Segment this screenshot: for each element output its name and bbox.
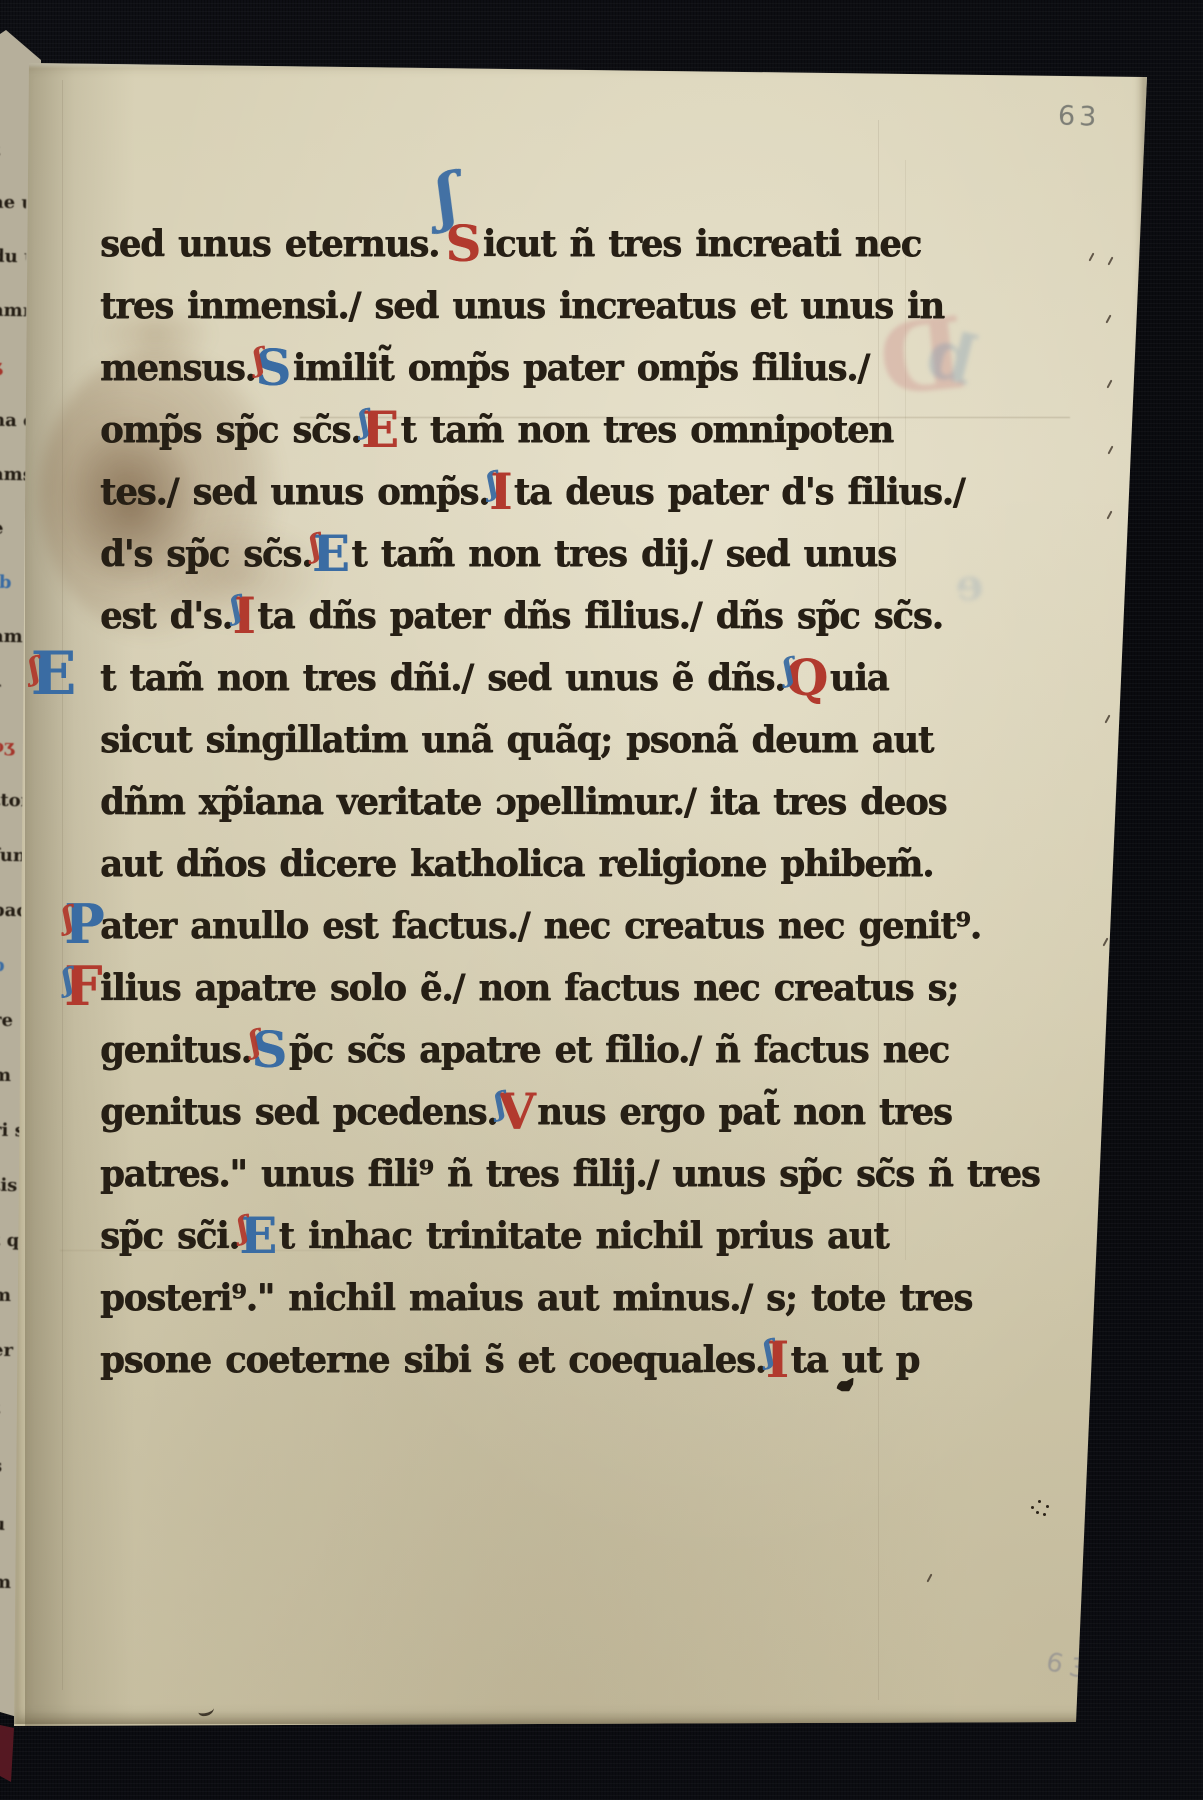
ink-speck [1036, 1511, 1039, 1514]
ink-speck [1046, 1505, 1049, 1508]
facing-page-text-fragment: am curt [0, 626, 26, 653]
facing-page-text-fragment: t [0, 140, 26, 167]
facing-page-text-fragment: ammsit [0, 300, 26, 327]
facing-page-text-fragment: e [0, 518, 26, 545]
facing-page-text-fragment: ʒ [0, 356, 26, 383]
facing-page-text-fragment: ib [0, 572, 26, 599]
ink-speck [1043, 1513, 1046, 1516]
facing-page-text-fragment: amst [0, 464, 26, 491]
facing-page-text-fragment: ae uctn [0, 192, 26, 219]
ink-speck [1038, 1500, 1041, 1503]
facing-page-text-fragment: ſ [0, 682, 26, 709]
facing-page-text-fragment: oʒ [0, 736, 26, 763]
manuscript-page: D b e 63 63 sed unus eternus.ʃSicut ñ tr… [0, 0, 1203, 1800]
facing-page-text-fragment: du uosp [0, 246, 26, 273]
page-edge-shading [14, 63, 1147, 1724]
facing-page-text-fragment: na op [0, 410, 26, 437]
ink-speck [1031, 1506, 1034, 1509]
